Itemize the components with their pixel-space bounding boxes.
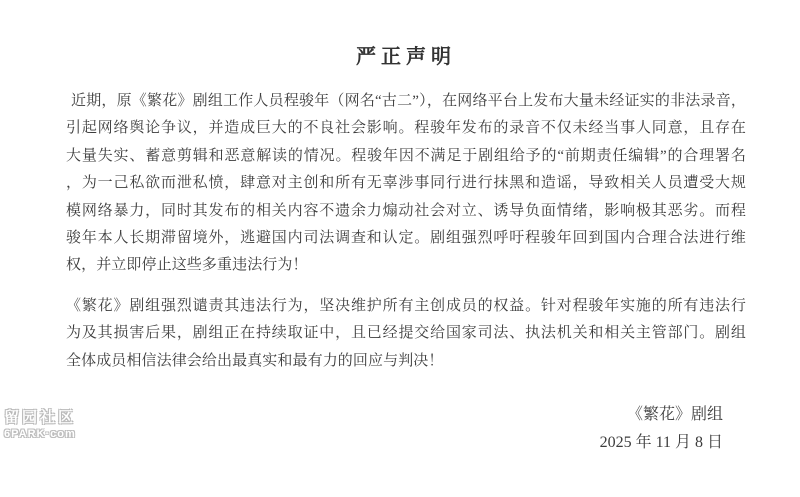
- paragraph-1: 近期，原《繁花》剧组工作人员程骏年（网名“古二”），在网络平台上发布大量未经证实…: [66, 88, 746, 280]
- document-title: 严正声明: [66, 44, 746, 70]
- paragraph-2: 《繁花》剧组强烈谴责其违法行为，坚决维护所有主创成员的权益。针对程骏年实施的所有…: [66, 293, 746, 375]
- text-line: 模网络暴力，同时其发布的相关内容不遗余力煽动社会对立、诱导负面情绪，影响极其恶劣…: [66, 198, 746, 225]
- text-line: 骏年本人长期滞留境外，逃避国内司法调查和认定。剧组强烈呼吁程骏年回到国内合理合法…: [66, 225, 746, 252]
- text-line: 大量失实、蓄意剪辑和恶意解读的情况。程骏年因不满足于剧组给予的“前期责任编辑”的…: [66, 143, 746, 170]
- text-line: ，为一己私欲而泄私愤，肆意对主创和所有无辜涉事同行进行抹黑和造谣，导致相关人员遭…: [66, 170, 746, 197]
- signature-date: 2025 年 11 月 8 日: [66, 429, 723, 457]
- text-line: 全体成员相信法律会给出最真实和最有力的回应与判决！: [66, 348, 746, 375]
- statement-page: { "document": { "title": "严正声明", "paragr…: [0, 0, 800, 497]
- text-line: 近期，原《繁花》剧组工作人员程骏年（网名“古二”），在网络平台上发布大量未经证实…: [66, 88, 746, 115]
- statement-document: 严正声明 近期，原《繁花》剧组工作人员程骏年（网名“古二”），在网络平台上发布大…: [66, 0, 746, 457]
- text-line: 为及其损害后果，剧组正在持续取证中，且已经提交给国家司法、执法机关和相关主管部门…: [66, 320, 746, 347]
- signature-block: 《繁花》剧组 2025 年 11 月 8 日: [66, 401, 746, 457]
- text-line: 《繁花》剧组强烈谴责其违法行为，坚决维护所有主创成员的权益。针对程骏年实施的所有…: [66, 293, 746, 320]
- document-body: 近期，原《繁花》剧组工作人员程骏年（网名“古二”），在网络平台上发布大量未经证实…: [66, 88, 746, 375]
- text-line: 权，并立即停止这些多重违法行为！: [66, 252, 746, 279]
- text-line: 引起网络舆论争议，并造成巨大的不良社会影响。程骏年发布的录音不仅未经当事人同意，…: [66, 115, 746, 142]
- signature-name: 《繁花》剧组: [66, 401, 723, 429]
